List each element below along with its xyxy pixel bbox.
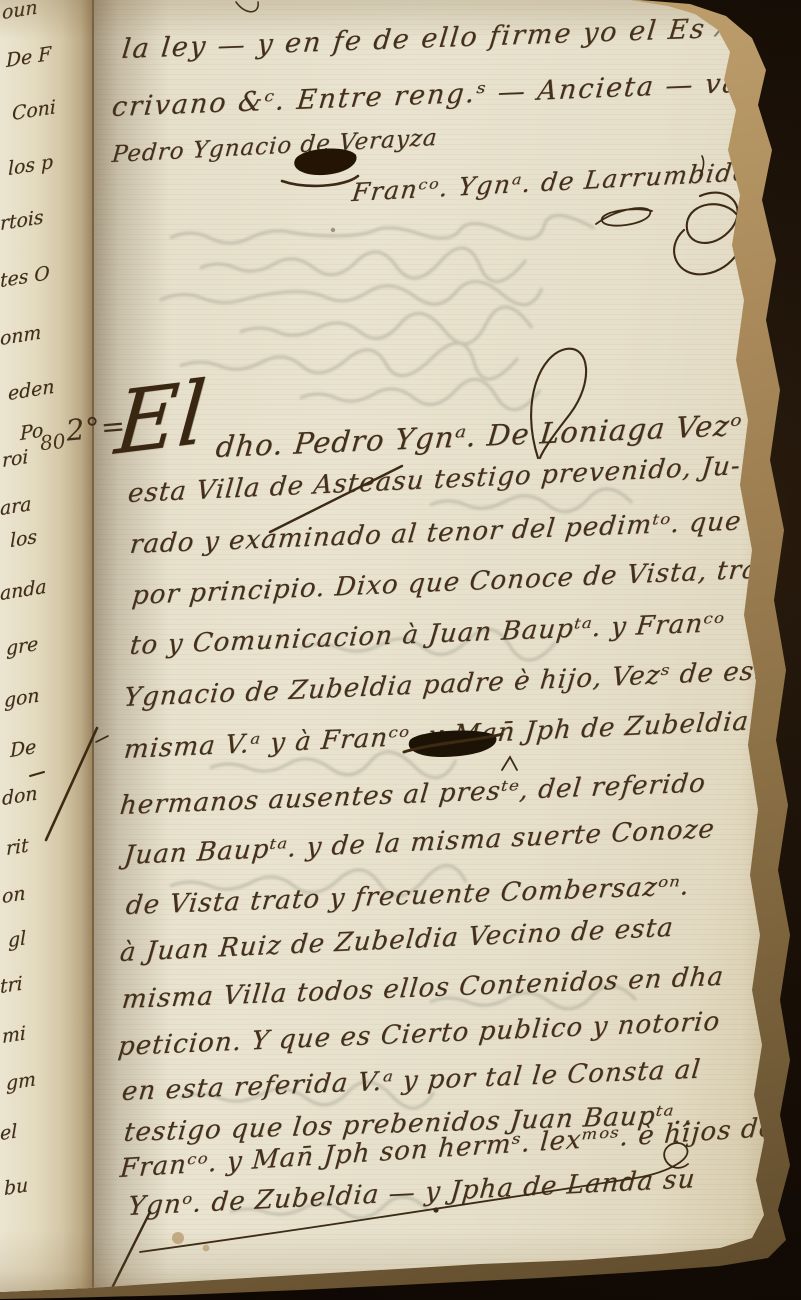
descender-stroke	[108, 1212, 150, 1296]
flourish-dot	[433, 1207, 438, 1212]
manuscript-photo: oun De F Coni los p rtois tes O onm eden…	[0, 0, 801, 1300]
stain-spot	[331, 228, 335, 232]
closing-flourish-line	[140, 1143, 688, 1252]
tall-ascender-loop	[531, 349, 586, 458]
stain-spot	[172, 1232, 184, 1244]
ink-blot	[294, 149, 356, 176]
rubric-tail	[700, 156, 704, 176]
stain-spot	[203, 1245, 210, 1252]
blot-underline	[282, 176, 358, 186]
rubric-knot	[674, 193, 744, 275]
margin-dash-mark	[30, 772, 44, 776]
caret-mark	[502, 757, 517, 770]
margin-slash-mark	[46, 728, 97, 840]
rubric-flourish	[596, 208, 652, 226]
word-strike-slash	[270, 466, 402, 532]
ink-marks	[0, 0, 801, 1300]
margin-tick-mark	[96, 736, 108, 742]
stains	[172, 228, 335, 1252]
cropped-flourish	[236, 2, 258, 12]
manuscript-page: oun De F Coni los p rtois tes O onm eden…	[0, 0, 801, 1300]
